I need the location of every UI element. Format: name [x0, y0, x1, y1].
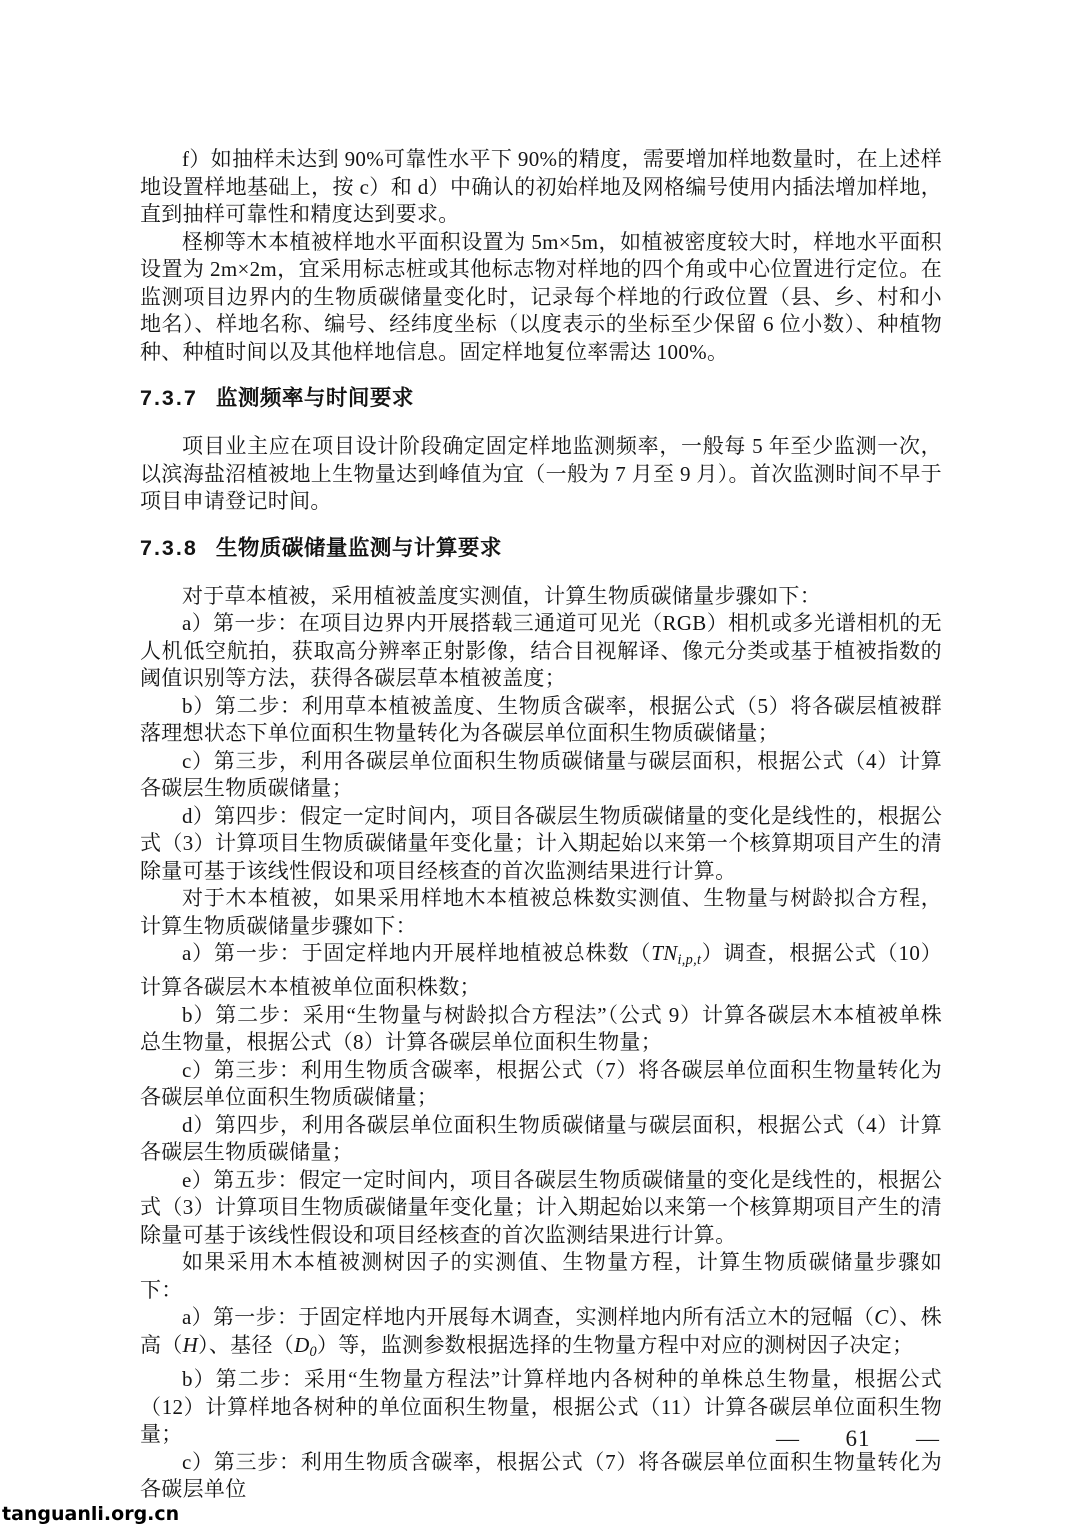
text-run: ）、基径（ — [198, 1333, 294, 1357]
text-run: b）第二步：采用“生物量与树龄拟合方程法”（公式 9）计算各碳层木本植被单株总生… — [140, 1003, 942, 1055]
paragraph: c）第三步：利用生物质含碳率，根据公式（7）将各碳层单位面积生物量转化为各碳层单… — [140, 1449, 942, 1504]
text-run: 项目业主应在项目设计阶段确定固定样地监测频率，一般每 5 年至少监测一次，以滨海… — [140, 434, 942, 513]
text-run: 柽柳等木本植被样地水平面积设置为 5m×5m，如植被密度较大时，样地水平面积设置… — [140, 230, 942, 364]
variable-i: C — [874, 1305, 888, 1329]
paragraph: d）第四步：假定一定时间内，项目各碳层生物质碳储量的变化是线性的，根据公式（3）… — [140, 803, 942, 886]
text-run: b）第二步：利用草本植被盖度、生物质含碳率，根据公式（5）将各碳层植被群落理想状… — [140, 694, 942, 746]
watermark: tanguanli.org.cn — [2, 1503, 179, 1525]
paragraph: 如果采用木本植被测树因子的实测值、生物量方程，计算生物质碳储量步骤如下： — [140, 1249, 942, 1304]
paragraph: b）第二步：采用“生物量与树龄拟合方程法”（公式 9）计算各碳层木本植被单株总生… — [140, 1002, 942, 1057]
paragraph: a）第一步：于固定样地内开展样地植被总株数（TNi,p,t）调查，根据公式（10… — [140, 940, 942, 1002]
text-run: ）等，监测参数根据选择的生物量方程中对应的测树因子决定； — [317, 1333, 913, 1357]
section-heading: 7.3.8生物质碳储量监测与计算要求 — [140, 534, 942, 562]
section-number: 7.3.8 — [140, 536, 198, 560]
paragraph: c）第三步，利用各碳层单位面积生物质碳储量与碳层面积，根据公式（4）计算各碳层生… — [140, 748, 942, 803]
variable-i: D — [294, 1333, 309, 1357]
text-run: c）第三步：利用生物质含碳率，根据公式（7）将各碳层单位面积生物量转化为各碳层单… — [140, 1450, 942, 1502]
variable-i: H — [183, 1333, 198, 1357]
text-run: d）第四步：假定一定时间内，项目各碳层生物质碳储量的变化是线性的，根据公式（3）… — [140, 804, 942, 883]
variable-i: TN — [651, 941, 677, 965]
paragraph: a）第一步：在项目边界内开展搭载三通道可见光（RGB）相机或多光谱相机的无人机低… — [140, 610, 942, 693]
paragraph: 项目业主应在项目设计阶段确定固定样地监测频率，一般每 5 年至少监测一次，以滨海… — [140, 433, 942, 516]
paragraph: e）第五步：假定一定时间内，项目各碳层生物质碳储量的变化是线性的，根据公式（3）… — [140, 1167, 942, 1250]
paragraph: 对于草本植被，采用植被盖度实测值，计算生物质碳储量步骤如下： — [140, 583, 942, 611]
text-run: f）如抽样未达到 90%可靠性水平下 90%的精度，需要增加样地数量时，在上述样… — [140, 147, 942, 226]
paragraph: 柽柳等木本植被样地水平面积设置为 5m×5m，如植被密度较大时，样地水平面积设置… — [140, 229, 942, 367]
text-run: a）第一步：于固定样地内开展样地植被总株数（ — [182, 941, 651, 965]
variable-isub: 0 — [310, 1344, 317, 1360]
paragraph: b）第二步：利用草本植被盖度、生物质含碳率，根据公式（5）将各碳层植被群落理想状… — [140, 693, 942, 748]
variable-isub: i,p,t — [678, 952, 702, 968]
text-run: c）第三步，利用各碳层单位面积生物质碳储量与碳层面积，根据公式（4）计算各碳层生… — [140, 749, 942, 801]
text-run: a）第一步：于固定样地内开展每木调查，实测样地内所有活立木的冠幅（ — [182, 1305, 874, 1329]
text-run: e）第五步：假定一定时间内，项目各碳层生物质碳储量的变化是线性的，根据公式（3）… — [140, 1168, 942, 1247]
paragraph: d）第四步，利用各碳层单位面积生物质碳储量与碳层面积，根据公式（4）计算各碳层生… — [140, 1112, 942, 1167]
text-run: a）第一步：在项目边界内开展搭载三通道可见光（RGB）相机或多光谱相机的无人机低… — [140, 611, 942, 690]
document-content: f）如抽样未达到 90%可靠性水平下 90%的精度，需要增加样地数量时，在上述样… — [140, 146, 942, 1504]
paragraph: 对于木本植被，如果采用样地木本植被总株数实测值、生物量与树龄拟合方程，计算生物质… — [140, 885, 942, 940]
paragraph: f）如抽样未达到 90%可靠性水平下 90%的精度，需要增加样地数量时，在上述样… — [140, 146, 942, 229]
page-number: — 61 — — [776, 1426, 940, 1452]
section-title: 监测频率与时间要求 — [216, 386, 414, 410]
text-run: d）第四步，利用各碳层单位面积生物质碳储量与碳层面积，根据公式（4）计算各碳层生… — [140, 1113, 942, 1165]
section-heading: 7.3.7监测频率与时间要求 — [140, 384, 942, 412]
text-run: c）第三步：利用生物质含碳率，根据公式（7）将各碳层单位面积生物量转化为各碳层单… — [140, 1058, 942, 1110]
text-run: 对于草本植被，采用植被盖度实测值，计算生物质碳储量步骤如下： — [182, 584, 821, 608]
paragraph: a）第一步：于固定样地内开展每木调查，实测样地内所有活立木的冠幅（C）、株高（H… — [140, 1304, 942, 1366]
section-number: 7.3.7 — [140, 386, 198, 410]
document-page: f）如抽样未达到 90%可靠性水平下 90%的精度，需要增加样地数量时，在上述样… — [0, 0, 1080, 1528]
paragraph: c）第三步：利用生物质含碳率，根据公式（7）将各碳层单位面积生物量转化为各碳层单… — [140, 1057, 942, 1112]
text-run: 如果采用木本植被测树因子的实测值、生物量方程，计算生物质碳储量步骤如下： — [140, 1250, 942, 1302]
section-title: 生物质碳储量监测与计算要求 — [216, 536, 502, 560]
text-run: 对于木本植被，如果采用样地木本植被总株数实测值、生物量与树龄拟合方程，计算生物质… — [140, 886, 942, 938]
